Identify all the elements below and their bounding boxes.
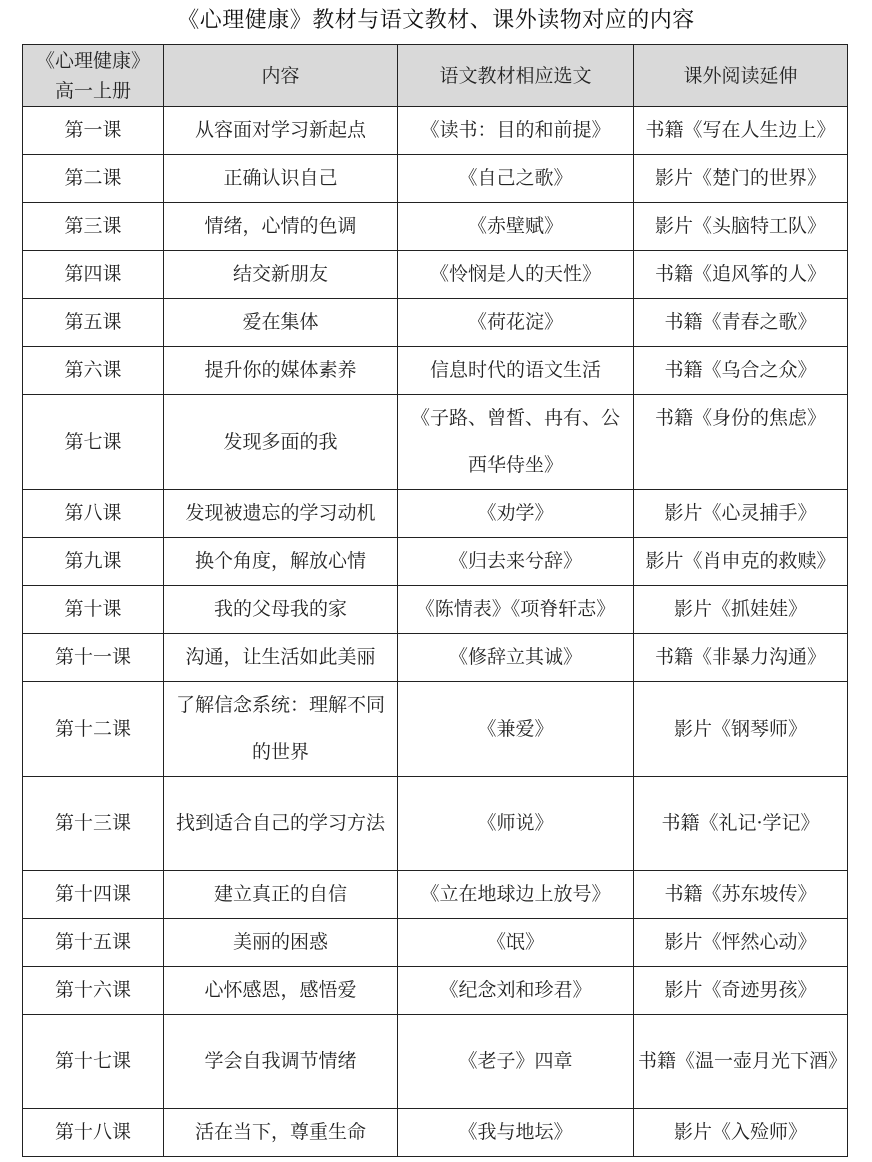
cell-extension: 书籍《写在人生边上》 [634,107,848,155]
table-row: 第二课正确认识自己《自己之歌》影片《楚门的世界》 [23,155,848,203]
lesson-correspondence-table: 《心理健康》 高一上册 内容 语文教材相应选文 课外阅读延伸 第一课从容面对学习… [22,44,848,1157]
cell-chinese-text: 《读书：目的和前提》 [398,107,634,155]
cell-extension: 书籍《非暴力沟通》 [634,634,848,682]
cell-lesson: 第六课 [23,347,164,395]
cell-extension: 影片《入殓师》 [634,1109,848,1157]
cell-chinese-text: 《氓》 [398,919,634,967]
cell-extension: 书籍《温一壶月光下酒》 [634,1015,848,1109]
cell-chinese-text: 《立在地球边上放号》 [398,871,634,919]
cell-chinese-text: 《师说》 [398,777,634,871]
table-row: 第六课提升你的媒体素养信息时代的语文生活书籍《乌合之众》 [23,347,848,395]
cell-lesson: 第十一课 [23,634,164,682]
cell-content: 提升你的媒体素养 [164,347,398,395]
table-row: 第十三课找到适合自己的学习方法《师说》书籍《礼记·学记》 [23,777,848,871]
cell-lesson: 第五课 [23,299,164,347]
cell-lesson: 第十课 [23,586,164,634]
cell-extension: 书籍《身份的焦虑》 [634,395,848,490]
table-row: 第十一课沟通，让生活如此美丽《修辞立其诚》书籍《非暴力沟通》 [23,634,848,682]
cell-lesson: 第三课 [23,203,164,251]
cell-lesson: 第十四课 [23,871,164,919]
table-row: 第十五课美丽的困惑《氓》影片《怦然心动》 [23,919,848,967]
table-header-row: 《心理健康》 高一上册 内容 语文教材相应选文 课外阅读延伸 [23,45,848,107]
cell-content: 换个角度，解放心情 [164,538,398,586]
cell-content: 发现被遗忘的学习动机 [164,490,398,538]
cell-chinese-text: 《我与地坛》 [398,1109,634,1157]
cell-content: 从容面对学习新起点 [164,107,398,155]
cell-lesson: 第十五课 [23,919,164,967]
cell-chinese-text: 《纪念刘和珍君》 [398,967,634,1015]
cell-extension: 书籍《苏东坡传》 [634,871,848,919]
cell-lesson: 第十七课 [23,1015,164,1109]
cell-content: 心怀感恩，感悟爱 [164,967,398,1015]
cell-lesson: 第十六课 [23,967,164,1015]
header-textbook-line2: 高一上册 [55,80,131,102]
cell-content: 发现多面的我 [164,395,398,490]
cell-extension: 影片《心灵捕手》 [634,490,848,538]
cell-lesson: 第十八课 [23,1109,164,1157]
cell-chinese-text: 《荷花淀》 [398,299,634,347]
cell-content: 建立真正的自信 [164,871,398,919]
cell-lesson: 第十三课 [23,777,164,871]
table-row: 第十课我的父母我的家《陈情表》《项脊轩志》影片《抓娃娃》 [23,586,848,634]
table-row: 第九课换个角度，解放心情《归去来兮辞》影片《肖申克的救赎》 [23,538,848,586]
cell-lesson: 第一课 [23,107,164,155]
cell-content: 美丽的困惑 [164,919,398,967]
cell-extension: 影片《钢琴师》 [634,682,848,777]
cell-chinese-text: 信息时代的语文生活 [398,347,634,395]
cell-content: 沟通，让生活如此美丽 [164,634,398,682]
header-textbook-line1: 《心理健康》 [36,50,150,72]
cell-content: 找到适合自己的学习方法 [164,777,398,871]
cell-content: 爱在集体 [164,299,398,347]
table-row: 第七课发现多面的我《子路、曾皙、冉有、公西华侍坐》书籍《身份的焦虑》 [23,395,848,490]
cell-extension: 影片《楚门的世界》 [634,155,848,203]
table-row: 第三课情绪，心情的色调《赤壁赋》影片《头脑特工队》 [23,203,848,251]
header-extension: 课外阅读延伸 [634,45,848,107]
cell-extension: 影片《头脑特工队》 [634,203,848,251]
table-row: 第八课发现被遗忘的学习动机《劝学》影片《心灵捕手》 [23,490,848,538]
table-row: 第四课结交新朋友《怜悯是人的天性》书籍《追风筝的人》 [23,251,848,299]
cell-content: 学会自我调节情绪 [164,1015,398,1109]
cell-chinese-text: 《修辞立其诚》 [398,634,634,682]
header-textbook: 《心理健康》 高一上册 [23,45,164,107]
cell-content: 正确认识自己 [164,155,398,203]
cell-lesson: 第十二课 [23,682,164,777]
cell-content: 活在当下，尊重生命 [164,1109,398,1157]
document-title: 《心理健康》教材与语文教材、课外读物对应的内容 [0,4,872,38]
cell-extension: 书籍《青春之歌》 [634,299,848,347]
cell-chinese-text: 《劝学》 [398,490,634,538]
table-row: 第十八课活在当下，尊重生命《我与地坛》影片《入殓师》 [23,1109,848,1157]
table-row: 第十二课了解信念系统：理解不同的世界《兼爱》影片《钢琴师》 [23,682,848,777]
cell-content: 我的父母我的家 [164,586,398,634]
table-row: 第五课爱在集体《荷花淀》书籍《青春之歌》 [23,299,848,347]
cell-chinese-text: 《陈情表》《项脊轩志》 [398,586,634,634]
table-row: 第一课从容面对学习新起点《读书：目的和前提》书籍《写在人生边上》 [23,107,848,155]
cell-extension: 影片《抓娃娃》 [634,586,848,634]
cell-extension: 影片《奇迹男孩》 [634,967,848,1015]
cell-content: 情绪，心情的色调 [164,203,398,251]
cell-content: 结交新朋友 [164,251,398,299]
table-row: 第十四课建立真正的自信《立在地球边上放号》书籍《苏东坡传》 [23,871,848,919]
cell-chinese-text: 《自己之歌》 [398,155,634,203]
cell-extension: 书籍《追风筝的人》 [634,251,848,299]
cell-lesson: 第八课 [23,490,164,538]
cell-chinese-text: 《老子》四章 [398,1015,634,1109]
table-row: 第十七课学会自我调节情绪《老子》四章书籍《温一壶月光下酒》 [23,1015,848,1109]
cell-extension: 影片《怦然心动》 [634,919,848,967]
header-chinese-text: 语文教材相应选文 [398,45,634,107]
header-content: 内容 [164,45,398,107]
cell-lesson: 第九课 [23,538,164,586]
cell-chinese-text: 《归去来兮辞》 [398,538,634,586]
cell-chinese-text: 《赤壁赋》 [398,203,634,251]
cell-chinese-text: 《怜悯是人的天性》 [398,251,634,299]
cell-extension: 书籍《乌合之众》 [634,347,848,395]
cell-content: 了解信念系统：理解不同的世界 [164,682,398,777]
cell-chinese-text: 《子路、曾皙、冉有、公西华侍坐》 [398,395,634,490]
cell-extension: 书籍《礼记·学记》 [634,777,848,871]
cell-chinese-text: 《兼爱》 [398,682,634,777]
cell-lesson: 第四课 [23,251,164,299]
table-row: 第十六课心怀感恩，感悟爱《纪念刘和珍君》影片《奇迹男孩》 [23,967,848,1015]
cell-lesson: 第七课 [23,395,164,490]
cell-extension: 影片《肖申克的救赎》 [634,538,848,586]
cell-lesson: 第二课 [23,155,164,203]
